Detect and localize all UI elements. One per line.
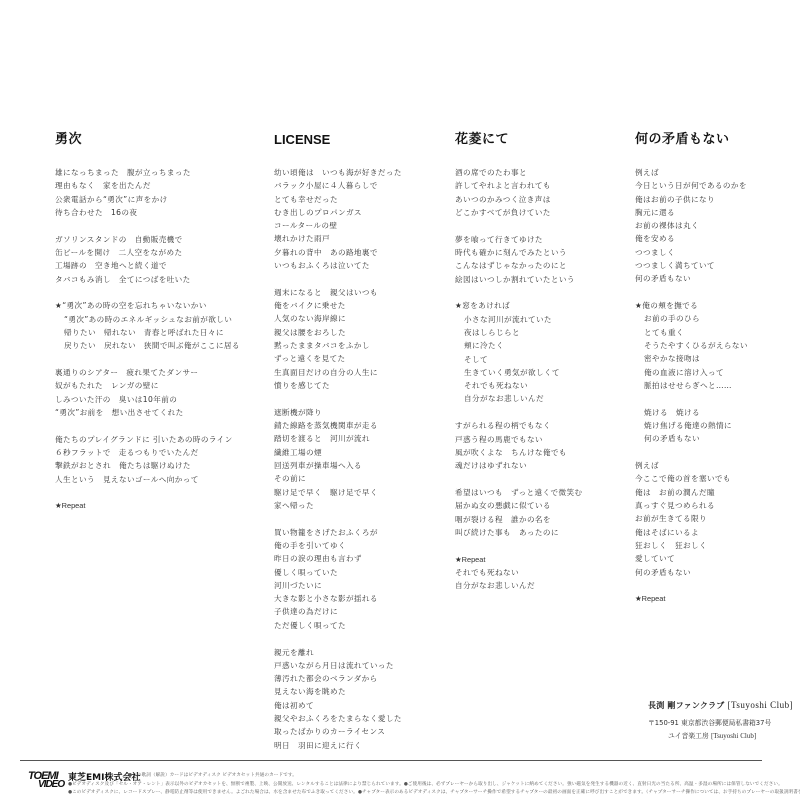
lyric-line: すがられる程の柄でもなく xyxy=(455,419,582,432)
lyric-line: ガソリンスタンドの 自動販売機で xyxy=(55,233,240,246)
lyric-line: 裏通りのシアター 疲れ果てたダンサー xyxy=(55,366,240,379)
lyric-line: その前に xyxy=(274,472,402,485)
lyric-line: 魂だけはゆずれない xyxy=(455,459,582,472)
stanza: 遮断機が降り 錆た線路を蒸気機関車が走る 踏切を渡ると 河川が流れ 繊維工場の煙… xyxy=(274,406,402,512)
lyric-line: 俺をバイクに乗せた xyxy=(274,299,402,312)
fanclub-name-latin: [Tsuyoshi Club] xyxy=(727,700,793,710)
lyric-line: 帰りたい 帰れない 青春と呼ばれた日々に xyxy=(55,326,240,339)
lyric-line: お前の手のひら xyxy=(635,312,748,325)
lyric-line: 週末になると 親父はいつも xyxy=(274,286,402,299)
lyric-line: 人生という 見えないゴールへ向かって xyxy=(55,473,240,486)
lyric-line: 親父やおふくろをたまらなく愛した xyxy=(274,712,402,725)
lyric-line: 焼け焦げる俺達の熱情に xyxy=(635,419,748,432)
lyric-line: 自分がなお悲しいんだ xyxy=(455,392,582,405)
lyric-line: コールタールの壁 xyxy=(274,219,402,232)
fanclub-name: 長渕 剛ファンクラブ xyxy=(648,701,724,710)
stanza: すがられる程の柄でもなく 戸惑う程の馬鹿でもない 風が吹くよな ちんけな俺でも … xyxy=(455,419,582,472)
song-title: 勇次 xyxy=(55,132,240,148)
lyric-line: お前の裸体は丸く xyxy=(635,219,748,232)
song-title: LICENSE xyxy=(274,132,402,148)
lyric-line: とても幸せだった xyxy=(274,193,402,206)
lyric-line: ただ優しく唄ってた xyxy=(274,619,402,632)
lyric-line: タバコもみ消し 全てにつばを吐いた xyxy=(55,273,240,286)
fanclub-office-latin: [Tsuyoshi Club] xyxy=(711,732,756,740)
song-column-hanabishi: 花菱にて 酒の席でのたわ事と 許してやれよと言われても あいつのかみつく泣き声は… xyxy=(455,132,582,606)
lyric-line: 壊れかけた雨戸 xyxy=(274,232,402,245)
chorus-stanza: ★“勇次”あの時の空を忘れちゃいないかい “勇次”あの時のエネルギッシュなお前が… xyxy=(55,299,240,352)
lyric-line: 俺たちのプレイグランドに 引いたあの時のライン xyxy=(55,433,240,446)
repeat-marker: ★Repeat xyxy=(455,553,582,566)
lyric-line: 届かぬ女の悪戯に似ている xyxy=(455,499,582,512)
lyric-line: 許してやれよと言われても xyxy=(455,179,582,192)
lyric-line: バラック小屋に４人暮らしで xyxy=(274,179,402,192)
lyric-line: 憤りを感じてた xyxy=(274,379,402,392)
lyric-line: ★窓をあければ xyxy=(455,299,582,312)
lyric-line: 俺の手を引いてゆく xyxy=(274,539,402,552)
footer-divider xyxy=(20,760,762,761)
lyric-line: 錆た線路を蒸気機関車が走る xyxy=(274,419,402,432)
lyric-line: 生きていく勇気が欲しくて xyxy=(455,366,582,379)
lyric-line: 親元を離れ xyxy=(274,646,402,659)
lyric-line: 駆け足で早く 駆け足で早く xyxy=(274,486,402,499)
logo-text-bottom: VIDEO xyxy=(38,779,64,790)
stanza: ★Repeat xyxy=(55,499,240,512)
lyric-line: 踏切を渡ると 河川が流れ xyxy=(274,432,402,445)
lyric-line: 何の矛盾もない xyxy=(635,432,748,445)
lyric-line: 生真面目だけの自分の人生に xyxy=(274,366,402,379)
lyric-line: しみついた汗の 臭いは10年前の xyxy=(55,393,240,406)
fanclub-office-name: ユイ音楽工房 xyxy=(668,732,709,740)
lyric-line: そうたやすくひるがえらない xyxy=(635,339,748,352)
song-column-license: LICENSE 幼い頃俺は いつも海が好きだった バラック小屋に４人暮らしで と… xyxy=(274,132,402,765)
lyric-line: 何の矛盾もない xyxy=(635,566,748,579)
lyric-line: 繊維工場の煙 xyxy=(274,446,402,459)
lyric-line: 優しく唄っていた xyxy=(274,566,402,579)
lyric-line: 絵図はいつしか割れていたという xyxy=(455,273,582,286)
fanclub-address: 〒150-91 東京都渋谷郵便局私書箱37号 xyxy=(648,717,800,727)
lyric-line: 撃鉄がおとされ 俺たちは駆けぬけた xyxy=(55,459,240,472)
lyric-line: 希望はいつも ずっと遠くで微笑む xyxy=(455,486,582,499)
lyric-line: 例えば xyxy=(635,459,748,472)
lyric-line: 雄になっちまった 腹が立っちまった xyxy=(55,166,240,179)
footer-note: ●このビデオディスクに、レコードスプレー、静電防止剤等は使用できません。よごれた… xyxy=(68,789,800,795)
lyric-line: 戻りたい 戻れない 狭間で叫ぶ俺がここに居る xyxy=(55,339,240,352)
stanza: 親元を離れ 戸惑いながら月日は流れていった 薄汚れた都会のベランダから 見えない… xyxy=(274,646,402,752)
lyric-line: 親父は腰をおろした xyxy=(274,326,402,339)
lyric-line: 缶ビールを開け 二人空をながめた xyxy=(55,246,240,259)
lyric-line: “勇次”お前を 想い出させてくれた xyxy=(55,406,240,419)
lyric-line: 遮断機が降り xyxy=(274,406,402,419)
lyric-line: とても重く xyxy=(635,326,748,339)
lyric-line: そして xyxy=(455,353,582,366)
lyric-line: つつましく満ちていて xyxy=(635,259,748,272)
lyric-line: 小さな河川が流れていた xyxy=(455,313,582,326)
stanza: 買い物籠をさげたおふくろが 俺の手を引いてゆく 昨日の涙の理由も言わず 優しく唄… xyxy=(274,526,402,632)
stanza: 俺たちのプレイグランドに 引いたあの時のライン ６秒フラットで 走るつもりでいた… xyxy=(55,433,240,486)
lyric-line: 子供達の為だけに xyxy=(274,605,402,618)
stanza: 希望はいつも ずっと遠くで微笑む 届かぬ女の悪戯に似ている 咽が裂ける程 誰かの… xyxy=(455,486,582,539)
fanclub-office: ユイ音楽工房 [Tsuyoshi Club] xyxy=(648,730,800,740)
lyric-line: 俺はそばにいるよ xyxy=(635,526,748,539)
lyric-line: 買い物籠をさげたおふくろが xyxy=(274,526,402,539)
lyric-line: 俺は初めて xyxy=(274,699,402,712)
stanza: 例えば 今ここで俺の首を塞いでも 俺は お前の潤んだ瞳 真っすぐ見つめられる お… xyxy=(635,459,748,579)
lyric-line: 待ち合わせた 16の夜 xyxy=(55,206,240,219)
lyric-line: つつましく xyxy=(635,246,748,259)
lyric-line: 黙ったままタバコをふかし xyxy=(274,339,402,352)
lyric-line: 例えば xyxy=(635,166,748,179)
chorus-stanza: ★窓をあければ 小さな河川が流れていた 夜はしらじらと 頬に冷たく そして 生き… xyxy=(455,299,582,405)
lyric-line: 密やかな接吻は xyxy=(635,352,748,365)
footer-note: ●ビデオディスク及び「セル・オア・レント」表示以外のビデオカセットを、無断で複製… xyxy=(68,781,783,787)
song-title: 花菱にて xyxy=(455,132,582,148)
stanza: 裏通りのシアター 疲れ果てたダンサー 奴がもたれた レンガの壁に しみついた汗の… xyxy=(55,366,240,419)
lyric-line: むき出しのプロパンガス xyxy=(274,206,402,219)
lyric-line: 狂おしく 狂おしく xyxy=(635,539,748,552)
lyric-line: 咽が裂ける程 誰かの名を xyxy=(455,513,582,526)
lyric-line: 明日 羽田に迎えに行く xyxy=(274,739,402,752)
lyric-line: 戸惑いながら月日は流れていった xyxy=(274,659,402,672)
fanclub-info: 長渕 剛ファンクラブ [Tsuyoshi Club] 〒150-91 東京都渋谷… xyxy=(648,700,800,740)
lyric-line: 奴がもたれた レンガの壁に xyxy=(55,379,240,392)
lyric-line: 俺は お前の潤んだ瞳 xyxy=(635,486,748,499)
chorus-stanza: ★俺の頬を撫でる お前の手のひら とても重く そうたやすくひるがえらない 密やか… xyxy=(635,299,748,392)
lyric-line: 俺の血液に溶け入って xyxy=(635,366,748,379)
lyric-line: 幼い頃俺は いつも海が好きだった xyxy=(274,166,402,179)
lyric-line: 愛していて xyxy=(635,552,748,565)
lyric-line: 夜はしらじらと xyxy=(455,326,582,339)
lyric-line: いつもおふくろは泣いてた xyxy=(274,259,402,272)
lyric-line: 人気のない海岸線に xyxy=(274,312,402,325)
lyric-line: お前が生きてる限り xyxy=(635,512,748,525)
lyric-line: 見えない海を眺めた xyxy=(274,685,402,698)
repeat-marker: ★Repeat xyxy=(635,592,748,605)
lyric-line: 取ったばかりのカーライセンス xyxy=(274,725,402,738)
lyric-line: それでも死ねない xyxy=(455,566,582,579)
lyric-line: 風が吹くよな ちんけな俺でも xyxy=(455,446,582,459)
repeat-marker: ★Repeat xyxy=(55,499,240,512)
lyric-line: 薄汚れた都会のベランダから xyxy=(274,672,402,685)
lyric-line: 真っすぐ見つめられる xyxy=(635,499,748,512)
lyric-line: 理由もなく 家を出たんだ xyxy=(55,179,240,192)
footer-note: ●この歌詞（解説）カードはビデオディスク ビデオカセット共通のカードです。 xyxy=(128,772,297,778)
lyric-line: 胸元に還る xyxy=(635,206,748,219)
lyric-line: 今日という日が何であるのかを xyxy=(635,179,748,192)
lyric-line: 頬に冷たく xyxy=(455,339,582,352)
lyric-line: 公衆電話から“勇次”に声をかけ xyxy=(55,193,240,206)
lyric-line: 夢を喰って行きてゆけた xyxy=(455,233,582,246)
stanza: 酒の席でのたわ事と 許してやれよと言われても あいつのかみつく泣き声は どこかす… xyxy=(455,166,582,219)
lyric-line: “勇次”あの時のエネルギッシュなお前が欲しい xyxy=(55,313,240,326)
lyric-line: ６秒フラットで 走るつもりでいたんだ xyxy=(55,446,240,459)
lyric-line: 今ここで俺の首を塞いでも xyxy=(635,472,748,485)
lyric-line: 河川づたいに xyxy=(274,579,402,592)
lyric-line: それでも死ねない xyxy=(455,379,582,392)
toemi-video-logo: TOEMI VIDEO xyxy=(28,770,62,790)
song-title: 何の矛盾もない xyxy=(635,132,748,148)
lyric-line: 酒の席でのたわ事と xyxy=(455,166,582,179)
song-column-nanno-mujun-mo-nai: 何の矛盾もない 例えば 今日という日が何であるのかを 俺はお前の子供になり 胸元… xyxy=(635,132,748,619)
lyric-line: 焼ける 焼ける xyxy=(635,406,748,419)
stanza: 幼い頃俺は いつも海が好きだった バラック小屋に４人暮らしで とても幸せだった … xyxy=(274,166,402,272)
song-column-yuji: 勇次 雄になっちまった 腹が立っちまった 理由もなく 家を出たんだ 公衆電話から… xyxy=(55,132,240,526)
stanza: ★Repeat xyxy=(635,592,748,605)
lyric-line: 時代も確かに刻んでみたという xyxy=(455,246,582,259)
chorus-stanza: 焼ける 焼ける 焼け焦げる俺達の熱情に 何の矛盾もない xyxy=(635,406,748,446)
lyric-line: 叫び続けた事も あったのに xyxy=(455,526,582,539)
lyric-line: あいつのかみつく泣き声は xyxy=(455,193,582,206)
stanza: ★Repeat それでも死ねない 自分がなお悲しいんだ xyxy=(455,553,582,593)
stanza: 週末になると 親父はいつも 俺をバイクに乗せた 人気のない海岸線に 親父は腰をお… xyxy=(274,286,402,392)
lyric-line: 大きな影と小さな影が揺れる xyxy=(274,592,402,605)
stanza: 例えば 今日という日が何であるのかを 俺はお前の子供になり 胸元に還る お前の裸… xyxy=(635,166,748,286)
lyric-line: 工場跡の 空き地へと続く道で xyxy=(55,259,240,272)
lyric-line: 脈拍はせせらぎへと…… xyxy=(635,379,748,392)
lyric-line: 俺はお前の子供になり xyxy=(635,193,748,206)
lyric-line: 家へ帰った xyxy=(274,499,402,512)
lyric-line: ★“勇次”あの時の空を忘れちゃいないかい xyxy=(55,299,240,312)
lyric-line: ずっと遠くを見てた xyxy=(274,352,402,365)
lyric-line: どこかすべてが負けていた xyxy=(455,206,582,219)
stanza: 夢を喰って行きてゆけた 時代も確かに刻んでみたという こんなはずじゃなかったのに… xyxy=(455,233,582,286)
stanza: ガソリンスタンドの 自動販売機で 缶ビールを開け 二人空をながめた 工場跡の 空… xyxy=(55,233,240,286)
lyric-line: 俺を安める xyxy=(635,232,748,245)
lyric-line: こんなはずじゃなかったのにと xyxy=(455,259,582,272)
lyric-line: 自分がなお悲しいんだ xyxy=(455,579,582,592)
lyric-line: 回送列車が操車場へ入る xyxy=(274,459,402,472)
stanza: 雄になっちまった 腹が立っちまった 理由もなく 家を出たんだ 公衆電話から“勇次… xyxy=(55,166,240,219)
fanclub-title: 長渕 剛ファンクラブ [Tsuyoshi Club] xyxy=(648,700,800,711)
lyric-line: ★俺の頬を撫でる xyxy=(635,299,748,312)
lyric-line: 夕暮れの背中 あの路地裏で xyxy=(274,246,402,259)
lyric-line: 何の矛盾もない xyxy=(635,272,748,285)
lyric-line: 昨日の涙の理由も言わず xyxy=(274,552,402,565)
lyric-line: 戸惑う程の馬鹿でもない xyxy=(455,433,582,446)
